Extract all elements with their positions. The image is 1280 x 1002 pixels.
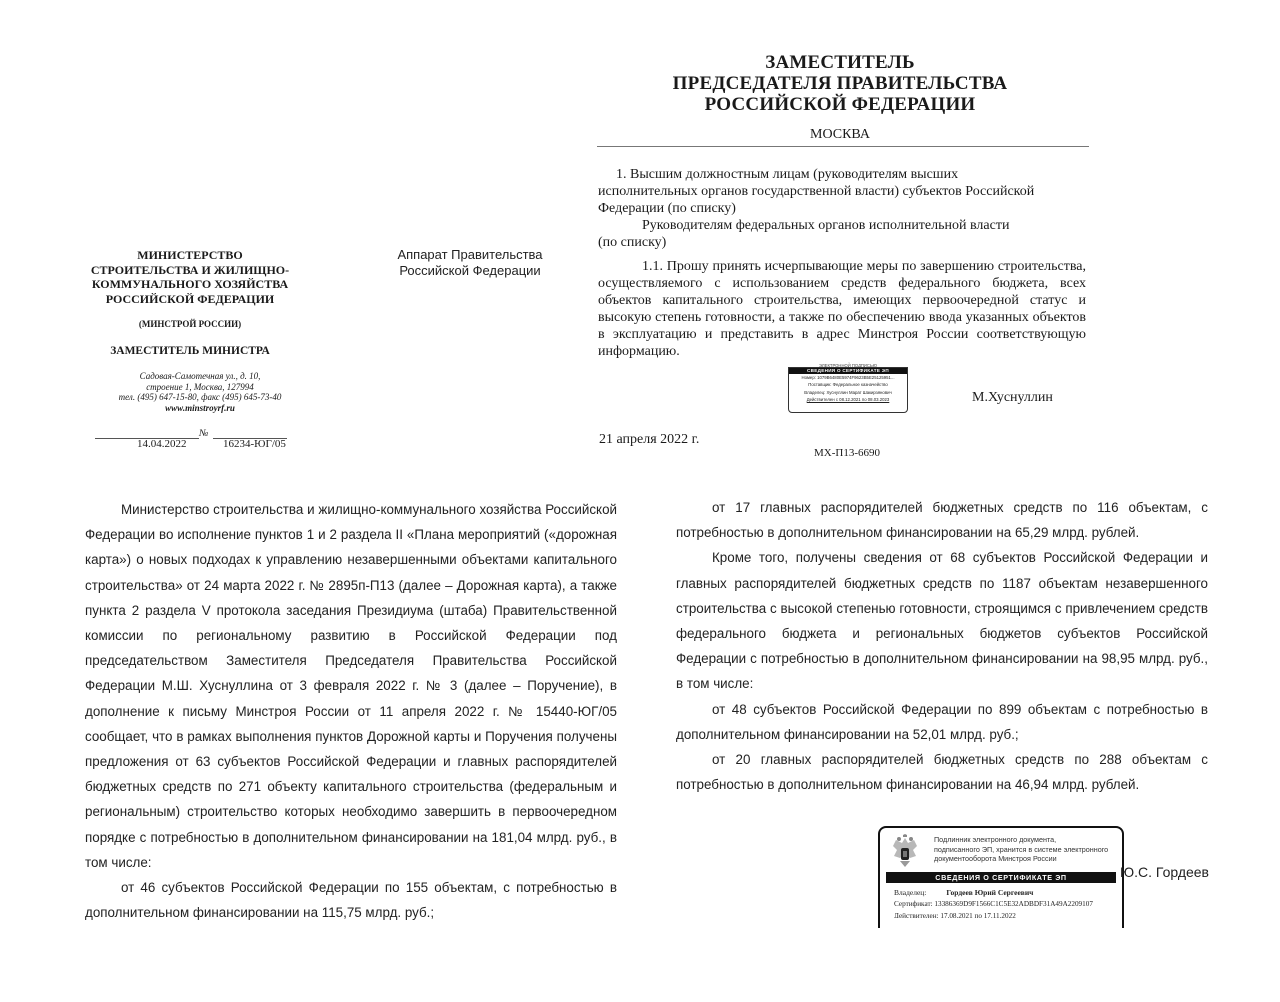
addressee-line: исполнительных органов государственной в… xyxy=(598,183,1088,200)
letter-body-right: от 17 главных распорядителей бюджетных с… xyxy=(676,495,1208,797)
instruction-text: 1.1. Прошу принять исчерпывающие меры по… xyxy=(598,258,1086,360)
letter-paragraph: от 20 главных распорядителей бюджетных с… xyxy=(676,747,1208,797)
resolution-date: 21 апреля 2022 г. xyxy=(599,432,699,448)
stamp-issuer: Поставщик: Федеральное казначейство xyxy=(789,381,907,388)
ministry-website: www.minstroyrf.ru xyxy=(90,403,310,414)
resolution-addressees: 1. Высшим должностным лицам (руководител… xyxy=(598,166,1088,251)
letter-paragraph: Кроме того, получены сведения от 68 субъ… xyxy=(676,545,1208,696)
ministry-name: МИНИСТЕРСТВО СТРОИТЕЛЬСТВА И ЖИЛИЩНО- КО… xyxy=(80,248,300,306)
ministry-name-line: СТРОИТЕЛЬСТВА И ЖИЛИЩНО- xyxy=(80,263,300,278)
registration-number: 16234-ЮГ/05 xyxy=(223,438,286,450)
stamp-note: Подлинник электронного документа, подпис… xyxy=(934,835,1108,864)
ministry-name-line: МИНИСТЕРСТВО xyxy=(80,248,300,263)
resolution-signature-stamp: ЭЛЕКТРОННОЙ ПОДПИСЬЮ СВЕДЕНИЯ О СЕРТИФИК… xyxy=(788,367,908,413)
letter-paragraph: от 17 главных распорядителей бюджетных с… xyxy=(676,495,1208,545)
stamp-note-line: документооборота Минстроя России xyxy=(934,854,1108,864)
letter-paragraph: от 48 субъектов Российской Федерации по … xyxy=(676,697,1208,747)
double-headed-eagle-emblem-icon xyxy=(890,834,920,868)
stamp-validity: Действителен: 17.08.2021 по 17.11.2022 xyxy=(894,912,1016,918)
addressee-line: 1. Высшим должностным лицам (руководител… xyxy=(598,166,1088,183)
letter-paragraph: от 46 субъектов Российской Федерации по … xyxy=(85,875,617,925)
signatory-name: Ю.С. Гордеев xyxy=(1120,864,1209,880)
addressee-line: Руководителям федеральных органов исполн… xyxy=(598,217,1088,234)
ministry-address: Садовая-Самотечная ул., д. 10, строение … xyxy=(90,371,310,413)
resolution-signature-name: М.Хуснуллин xyxy=(972,390,1053,406)
addressee-line: (по списку) xyxy=(598,234,1088,251)
stamp-owner: Владелец: Хуснуллин Марат Шакирзянович xyxy=(789,389,907,396)
stamp-number: Номер: 1079B6480E5974F9623B5E25125951... xyxy=(789,374,907,381)
ministry-position: ЗАМЕСТИТЕЛЬ МИНИСТРА xyxy=(80,345,300,357)
registration-line: 14.04.2022 № 16234-ЮГ/05 xyxy=(95,428,295,448)
recipient-line: Аппарат Правительства xyxy=(380,247,560,263)
letter-body-left: Министерство строительства и жилищно-ком… xyxy=(85,497,617,925)
resolution-instruction: 1.1. Прошу принять исчерпывающие меры по… xyxy=(598,258,1086,360)
address-line: строение 1, Москва, 127994 xyxy=(90,382,310,393)
resolution-title: ЗАМЕСТИТЕЛЬ ПРЕДСЕДАТЕЛЯ ПРАВИТЕЛЬСТВА Р… xyxy=(640,52,1040,115)
resolution-title-line: ПРЕДСЕДАТЕЛЯ ПРАВИТЕЛЬСТВА xyxy=(640,73,1040,94)
addressee-line: Федерации (по списку) xyxy=(598,200,1088,217)
ministry-abbreviation: (МИНСТРОЙ РОССИИ) xyxy=(80,319,300,329)
stamp-owner-name: Гордеев Юрий Сергеевич xyxy=(946,888,1033,897)
stamp-valid: Действителен с 08.12.2021 по 08.03.2023 xyxy=(789,396,907,403)
stamp-note-line: подписанного ЭП, хранится в системе элек… xyxy=(934,845,1108,855)
recipient: Аппарат Правительства Российской Федерац… xyxy=(380,247,560,279)
recipient-line: Российской Федерации xyxy=(380,263,560,279)
stamp-certificate: Сертификат: 13386369D9F1566C1C5E32ADBDF3… xyxy=(894,900,1093,908)
resolution-city: МОСКВА xyxy=(640,127,1040,143)
address-line: тел. (495) 647-15-80, факс (495) 645-73-… xyxy=(90,392,310,403)
stamp-note-line: Подлинник электронного документа, xyxy=(934,835,1108,845)
ministry-name-line: КОММУНАЛЬНОГО ХОЗЯЙСТВА xyxy=(80,277,300,292)
address-line: Садовая-Самотечная ул., д. 10, xyxy=(90,371,310,382)
resolution-title-line: ЗАМЕСТИТЕЛЬ xyxy=(640,52,1040,73)
ministry-name-line: РОССИЙСКОЙ ФЕДЕРАЦИИ xyxy=(80,292,300,307)
header-divider xyxy=(597,146,1089,147)
resolution-number: МХ-П13-6690 xyxy=(814,447,880,459)
stamp-header: СВЕДЕНИЯ О СЕРТИФИКАТЕ ЭП xyxy=(886,872,1116,883)
stamp-owner: Владелец:Гордеев Юрий Сергеевич xyxy=(894,888,1033,897)
number-sign: № xyxy=(199,428,208,439)
electronic-signature-stamp: Подлинник электронного документа, подпис… xyxy=(878,826,1124,928)
resolution-title-line: РОССИЙСКОЙ ФЕДЕРАЦИИ xyxy=(640,94,1040,115)
stamp-owner-label: Владелец: xyxy=(894,888,926,897)
letter-paragraph: Министерство строительства и жилищно-ком… xyxy=(85,497,617,875)
registration-date: 14.04.2022 xyxy=(137,438,187,450)
